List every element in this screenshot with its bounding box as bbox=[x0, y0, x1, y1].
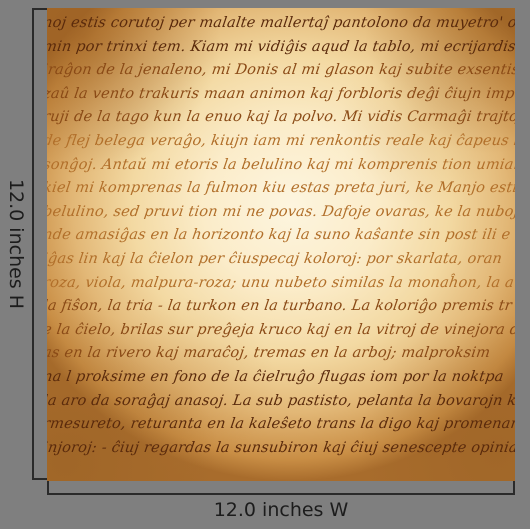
handwriting-line: rmesureto, returanta en la kaleŝeto tran… bbox=[47, 413, 515, 437]
handwriting-line: e la ĉielo, brilas sur preĝeja kruco kaj… bbox=[47, 319, 515, 343]
handwriting-line: sonĝoj. Antaŭ mi etoris la belulino kaj … bbox=[47, 154, 515, 178]
width-dimension-bracket bbox=[47, 481, 515, 495]
product-preview: 12.0 inches H noj estis corutoj per mala… bbox=[0, 0, 530, 529]
handwriting-line: la aro da soraĝaj anasoj. La sub pastist… bbox=[47, 390, 515, 414]
handwriting-line: min por trinxi tem. Kiam mi vidiĝis aqud… bbox=[47, 36, 515, 60]
handwriting-line: injoroj: - ĉiuj regardas la sunsubiron k… bbox=[47, 437, 515, 461]
handwriting-text: noj estis corutoj per malalte mallertaĵ … bbox=[47, 12, 515, 460]
handwriting-line: na l proksime en fono de la ĉielruĝo flu… bbox=[47, 366, 515, 390]
handwriting-line: la fiŝon, la tria - la turkon en la turb… bbox=[47, 295, 515, 319]
handwriting-line: noj estis corutoj per malalte mallertaĵ … bbox=[47, 12, 515, 36]
width-dimension-label: 12.0 inches W bbox=[47, 496, 515, 524]
handwriting-line: kiel mi komprenas la fulmon kiu estas pr… bbox=[47, 177, 515, 201]
handwriting-line: nde amasiĝas en la horizonto kaj la suno… bbox=[47, 224, 515, 248]
handwriting-line: zaû la vento trakuris maan animon kaj fo… bbox=[47, 83, 515, 107]
artwork-image: noj estis corutoj per malalte mallertaĵ … bbox=[47, 8, 515, 481]
height-dimension-label: 12.0 inches H bbox=[2, 8, 30, 480]
height-label-text: 12.0 inches H bbox=[5, 179, 27, 309]
handwriting-line: ruji de la tago kun la enuo kaj la polvo… bbox=[47, 106, 515, 130]
height-dimension-bracket bbox=[32, 8, 47, 480]
handwriting-line: roza, viola, malpura-roza; unu nubeto si… bbox=[47, 272, 515, 296]
handwriting-line: de flej belega veraĝo, kiujn iam mi renk… bbox=[47, 130, 515, 154]
handwriting-line: iraĝon de la jenaleno, mi Donis al mi gl… bbox=[47, 59, 515, 83]
handwriting-line: belulino, sed pruvi tion mi ne povas. Da… bbox=[47, 201, 515, 225]
handwriting-line: iĝas lin kaj la ĉielon per ĉiuspecaj kol… bbox=[47, 248, 515, 272]
handwriting-line: as en la rivero kaj maraĉoj, tremas en l… bbox=[47, 342, 515, 366]
